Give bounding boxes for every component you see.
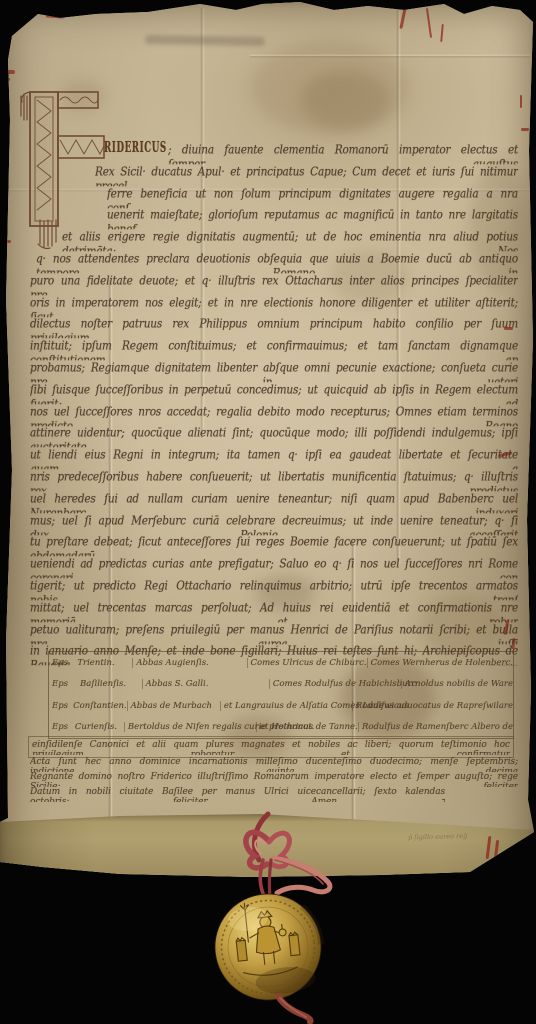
red-chalk-mark: [520, 95, 522, 108]
plica-red-stroke: [494, 840, 499, 860]
stain: [300, 70, 390, 130]
red-chalk-mark: [426, 8, 432, 38]
witness-cell: Abbas S. Galli.: [142, 679, 269, 689]
stain: [250, 40, 410, 135]
witness-row: EpsConſtantien.Abbas de Murbachet Langra…: [49, 695, 513, 717]
manuscript-line: ; diuina fauente clementia Romanorū impe…: [168, 143, 518, 164]
witness-cell: Eps: [49, 658, 74, 668]
witness-cell: Comes Rodulfus de Habichisburc: [269, 679, 401, 689]
manuscript-line: q· nos attendentes preclara deuotionis o…: [36, 252, 518, 273]
manuscript-line: tu preſtare debeat; ſicut anteceſſores ſ…: [30, 535, 518, 556]
manuscript-line: dilectus noſter patruus rex Philippus om…: [30, 317, 518, 338]
manuscript-line: ſibi ſuisque ſucceſſoribus in perpetuū c…: [30, 383, 518, 404]
witness-cell: Abbas de Murbach: [127, 701, 220, 711]
closing-line: Acta ſunt hec anno dominice incarnationi…: [30, 757, 518, 772]
manuscript-line: Rex Sicil· ducatus Apul· et principatus …: [95, 165, 518, 186]
witness-cell: Trientin.: [74, 658, 132, 668]
witness-cell: et Langrauius de Alſatia Comes Ludewicus: [220, 701, 352, 711]
witness-cell: Abbas Augienſis.: [132, 658, 246, 668]
seal-tassel: [278, 996, 311, 1022]
manuscript-line: nos uel ſucceſſores nros accedat; regali…: [30, 405, 518, 426]
witness-row: EpsBaſilienſis.Abbas S. Galli.Comes Rodu…: [49, 674, 513, 696]
manuscript-line: ueniendi ad predictas curias ante prefig…: [30, 557, 518, 578]
manuscript-line: uel heredes ſui ad nullam curiam uenire …: [30, 492, 518, 513]
red-chalk-mark: [440, 24, 444, 42]
manuscript-line: tigerit; ut predicto Regi Ottachario rel…: [30, 579, 518, 600]
red-chalk-mark: [34, 7, 64, 14]
witness-cell: Comes Ulricus de Chiburc.: [247, 658, 367, 668]
red-chalk-mark: [0, 78, 10, 81]
manuscript-line: ut liendi eius Regni in integrum; ita ta…: [30, 448, 518, 469]
witness-row: EpsCurienſis.Bertoldus de Nifen regalis …: [49, 717, 513, 739]
closing-line: einſidilenſe Canonici et alii quam plure…: [32, 740, 510, 755]
witness-cell: Conſtantien.: [70, 701, 127, 711]
opening-word: RIDERICUS: [104, 138, 167, 156]
manuscript-line: petuo ualituram; preſens priuilegiū per …: [30, 623, 518, 644]
witness-cell: Rodulfus aduocatus de Rapreſwilare: [352, 701, 513, 711]
manuscript-line: ferre beneficia ut non ſolum principum d…: [107, 187, 518, 208]
seal-cords: [246, 814, 330, 898]
witness-cell: Eps: [49, 701, 70, 711]
witness-cell: Rodulfus de Ramenſberc Albero de: [358, 722, 513, 732]
manuscript-line: probamus; Regiamque dignitatem libenter …: [30, 361, 518, 382]
red-chalk-mark: [399, 3, 407, 29]
manuscript-line: attinere uidentur; quocūque alienati ſin…: [30, 426, 518, 447]
photo-backdrop: RIDERICUS ; diuina fauente clementia Rom…: [0, 0, 536, 1024]
witness-cell: Eps: [49, 679, 77, 689]
manuscript-line: puro una fidelitate deuote; et q· illuſt…: [30, 274, 518, 295]
golden-bulla: [210, 889, 327, 1006]
witness-cell: Baſilienſis.: [77, 679, 142, 689]
witness-cell: Comes Wernherus de Holenberc.: [367, 658, 513, 668]
witness-cell: et Heinricus de Tanne.: [256, 722, 358, 732]
manuscript-line: nris predeceſſoribus habere conſueuerit;…: [30, 470, 518, 491]
red-chalk-mark: [0, 70, 15, 74]
witness-table: EpsTrientin.Abbas Augienſis.Comes Ulricu…: [48, 651, 514, 739]
red-chalk-mark: [46, 14, 64, 18]
erased-note-smudge: [145, 35, 265, 46]
manuscript-line: mus; uel ſi apud Merſeburc curiā celebra…: [30, 514, 518, 535]
manuscript-line: oris in imperatorem nos elegit; et in nr…: [30, 296, 518, 317]
red-chalk-mark: [521, 128, 529, 131]
manuscript-line: inſtituit; ipſum Regem conſtituimus; et …: [30, 339, 518, 360]
manuscript-line: mittat; uel trecentas marcas perſoluat; …: [30, 601, 518, 622]
witness-cell: Arnoldus nobilis de Ware: [401, 679, 513, 689]
plica-faint-note: p̄ ſigillo aureo reg̃: [408, 831, 518, 842]
closing-line: Regnante domino noſtro Friderico illuſtr…: [30, 772, 518, 787]
witness-cell: Eps: [49, 722, 72, 732]
witness-cell: Curienſis.: [72, 722, 124, 732]
manuscript-line: et aliis erigere regie dignitatis augmen…: [62, 230, 518, 251]
manuscript-line: uenerit maieſtate; glorioſum reputamus a…: [107, 208, 518, 229]
seal-and-cords: [185, 800, 355, 1024]
fold-crease: [250, 54, 530, 58]
witness-cell: Bertoldus de Nifen regalis curie prothon…: [124, 722, 256, 732]
witness-row: EpsTrientin.Abbas Augienſis.Comes Ulricu…: [49, 652, 513, 674]
